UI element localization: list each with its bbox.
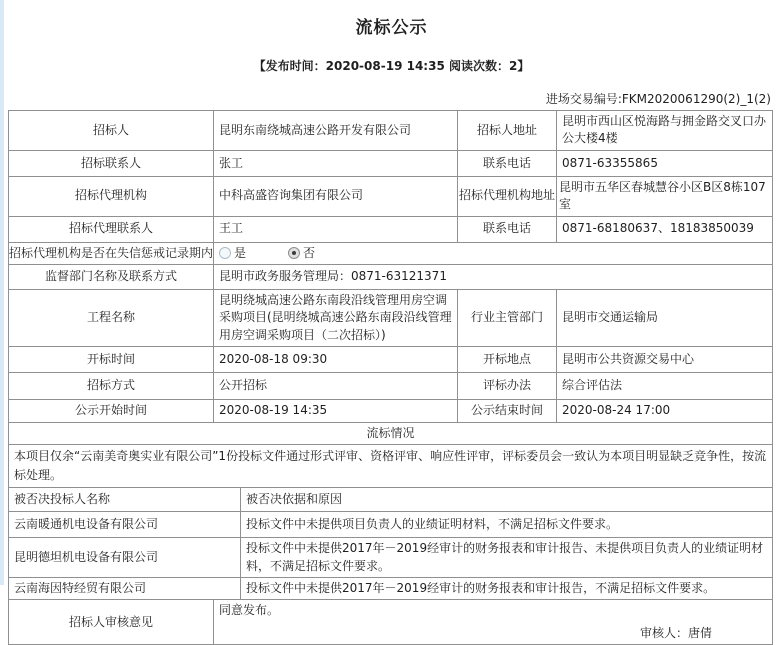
project-name-label: 工程名称 xyxy=(9,289,214,346)
rejected-bidders-table: 被否决投标人名称 被否决依据和原因 云南暖通机电设备有限公司 投标文件中未提供项… xyxy=(8,487,773,600)
rejected-bidder-name: 昆明德坦机电设备有限公司 xyxy=(9,538,241,578)
rejected-bidder-reason: 投标文件中未提供项目负责人的业绩证明材料，不满足招标文件要求。 xyxy=(241,512,773,538)
rejected-bidder-reason: 投标文件中未提供2017年－2019经审计的财务报表和审计报告，不满足招标文件要… xyxy=(241,578,773,600)
tender-contact-name: 张工 xyxy=(214,150,458,176)
rejected-bidder-name: 云南暖通机电设备有限公司 xyxy=(9,512,241,538)
publicity-end-label: 公示结束时间 xyxy=(458,400,557,422)
table-row: 招标联系人 张工 联系电话 0871-63355865 xyxy=(9,150,773,176)
agency-name: 中科高盛咨询集团有限公司 xyxy=(214,176,458,216)
tenderer-address-label: 招标人地址 xyxy=(458,111,557,151)
industry-dept: 昆明市交通运输局 xyxy=(557,289,773,346)
radio-yes-icon[interactable] xyxy=(219,247,231,259)
rejected-reason-header: 被否决依据和原因 xyxy=(241,488,773,512)
table-row: 公示开始时间 2020-08-19 14:35 公示结束时间 2020-08-2… xyxy=(9,400,773,422)
publish-info-line: 【发布时间：2020-08-19 14:35 阅读次数：2】 xyxy=(4,57,779,74)
table-row: 招标人 昆明东南绕城高速公路开发有限公司 招标人地址 昆明市西山区悦海路与拥金路… xyxy=(9,111,773,151)
rejected-bidder-reason: 投标文件中未提供2017年－2019经审计的财务报表和审计报告、未提供项目负责人… xyxy=(241,538,773,578)
review-opinion-cell: 同意发布。 审核人：唐倩 xyxy=(214,600,773,645)
rejected-row: 云南暖通机电设备有限公司 投标文件中未提供项目负责人的业绩证明材料，不满足招标文… xyxy=(9,512,773,538)
project-name: 昆明绕城高速公路东南段沿线管理用房空调采购项目(昆明绕城高速公路东南段沿线管理用… xyxy=(214,289,458,346)
credit-record-options: 是否 xyxy=(214,242,773,264)
eval-method: 综合评估法 xyxy=(557,373,773,400)
rejected-row: 昆明德坦机电设备有限公司 投标文件中未提供2017年－2019经审计的财务报表和… xyxy=(9,538,773,578)
credit-record-label: 招标代理机构是否在失信惩戒记录期内 xyxy=(9,242,214,264)
rejected-bidder-name: 云南海因特经贸有限公司 xyxy=(9,578,241,600)
bid-method-label: 招标方式 xyxy=(9,373,214,400)
credit-record-row: 招标代理机构是否在失信惩戒记录期内 是否 xyxy=(9,242,773,264)
table-row: 招标代理机构 中科高盛咨询集团有限公司 招标代理机构地址 昆明市五华区春城慧谷小… xyxy=(9,176,773,216)
publicity-end: 2020-08-24 17:00 xyxy=(557,400,773,422)
publicity-start-label: 公示开始时间 xyxy=(9,400,214,422)
failure-section-title: 流标情况 xyxy=(9,422,773,444)
radio-option-no[interactable]: 否 xyxy=(288,246,315,260)
agency-phone: 0871-68180637、18183850039 xyxy=(557,216,773,242)
supervision-label: 监督部门名称及联系方式 xyxy=(9,264,214,289)
review-table: 招标人审核意见 同意发布。 审核人：唐倩 xyxy=(8,599,773,645)
open-time: 2020-08-18 09:30 xyxy=(214,347,458,373)
review-opinion-text: 同意发布。 xyxy=(219,602,767,619)
supervision-row: 监督部门名称及联系方式 昆明市政务服务管理局：0871-63121371 xyxy=(9,264,773,289)
eval-method-label: 评标办法 xyxy=(458,373,557,400)
open-time-label: 开标时间 xyxy=(9,347,214,373)
rejected-header-row: 被否决投标人名称 被否决依据和原因 xyxy=(9,488,773,512)
agency-phone-label: 联系电话 xyxy=(458,216,557,242)
tender-phone-label: 联系电话 xyxy=(458,150,557,176)
rejected-row: 云南海因特经贸有限公司 投标文件中未提供2017年－2019经审计的财务报表和审… xyxy=(9,578,773,600)
project-row: 工程名称 昆明绕城高速公路东南段沿线管理用房空调采购项目(昆明绕城高速公路东南段… xyxy=(9,289,773,346)
agency-contact-name: 王工 xyxy=(214,216,458,242)
agency-contact-label: 招标代理联系人 xyxy=(9,216,214,242)
agency-address-label: 招标代理机构地址 xyxy=(458,176,557,216)
radio-option-yes[interactable]: 是 xyxy=(219,246,246,260)
failure-section-header-row: 流标情况 xyxy=(9,422,773,444)
open-place-label: 开标地点 xyxy=(458,347,557,373)
tender-phone: 0871-63355865 xyxy=(557,150,773,176)
radio-yes-label: 是 xyxy=(234,246,246,260)
supervision-value: 昆明市政务服务管理局：0871-63121371 xyxy=(214,264,773,289)
tenderer-address: 昆明市西山区悦海路与拥金路交叉口办公大楼4楼 xyxy=(557,111,773,151)
trade-number-line: 进场交易编号:FKM2020061290(2)_1(2) xyxy=(4,90,779,107)
auditor-name: 审核人：唐倩 xyxy=(219,625,767,642)
review-opinion-label: 招标人审核意见 xyxy=(9,600,214,645)
industry-dept-label: 行业主管部门 xyxy=(458,289,557,346)
table-row: 招标代理联系人 王工 联系电话 0871-68180637、1818385003… xyxy=(9,216,773,242)
table-row: 招标方式 公开招标 评标办法 综合评估法 xyxy=(9,373,773,400)
page-title: 流标公示 xyxy=(4,0,779,38)
agency-address: 昆明市五华区春城慧谷小区B区8栋107室 xyxy=(557,176,773,216)
tenderer-name: 昆明东南绕城高速公路开发有限公司 xyxy=(214,111,458,151)
failure-description: 本项目仅余“云南美奇奥实业有限公司”1份投标文件通过形式评审、资格评审、响应性评… xyxy=(9,444,773,487)
tenderer-label: 招标人 xyxy=(9,111,214,151)
agency-label: 招标代理机构 xyxy=(9,176,214,216)
radio-no-icon[interactable] xyxy=(288,247,300,259)
table-row: 开标时间 2020-08-18 09:30 开标地点 昆明市公共资源交易中心 xyxy=(9,347,773,373)
radio-no-label: 否 xyxy=(303,246,315,260)
open-place: 昆明市公共资源交易中心 xyxy=(557,347,773,373)
review-row: 招标人审核意见 同意发布。 审核人：唐倩 xyxy=(9,600,773,645)
failure-description-row: 本项目仅余“云南美奇奥实业有限公司”1份投标文件通过形式评审、资格评审、响应性评… xyxy=(9,444,773,487)
tender-contact-label: 招标联系人 xyxy=(9,150,214,176)
bid-info-table: 招标人 昆明东南绕城高速公路开发有限公司 招标人地址 昆明市西山区悦海路与拥金路… xyxy=(8,110,773,488)
announcement-page: 流标公示 【发布时间：2020-08-19 14:35 阅读次数：2】 进场交易… xyxy=(4,0,779,585)
rejected-name-header: 被否决投标人名称 xyxy=(9,488,241,512)
publicity-start: 2020-08-19 14:35 xyxy=(214,400,458,422)
bid-method: 公开招标 xyxy=(214,373,458,400)
